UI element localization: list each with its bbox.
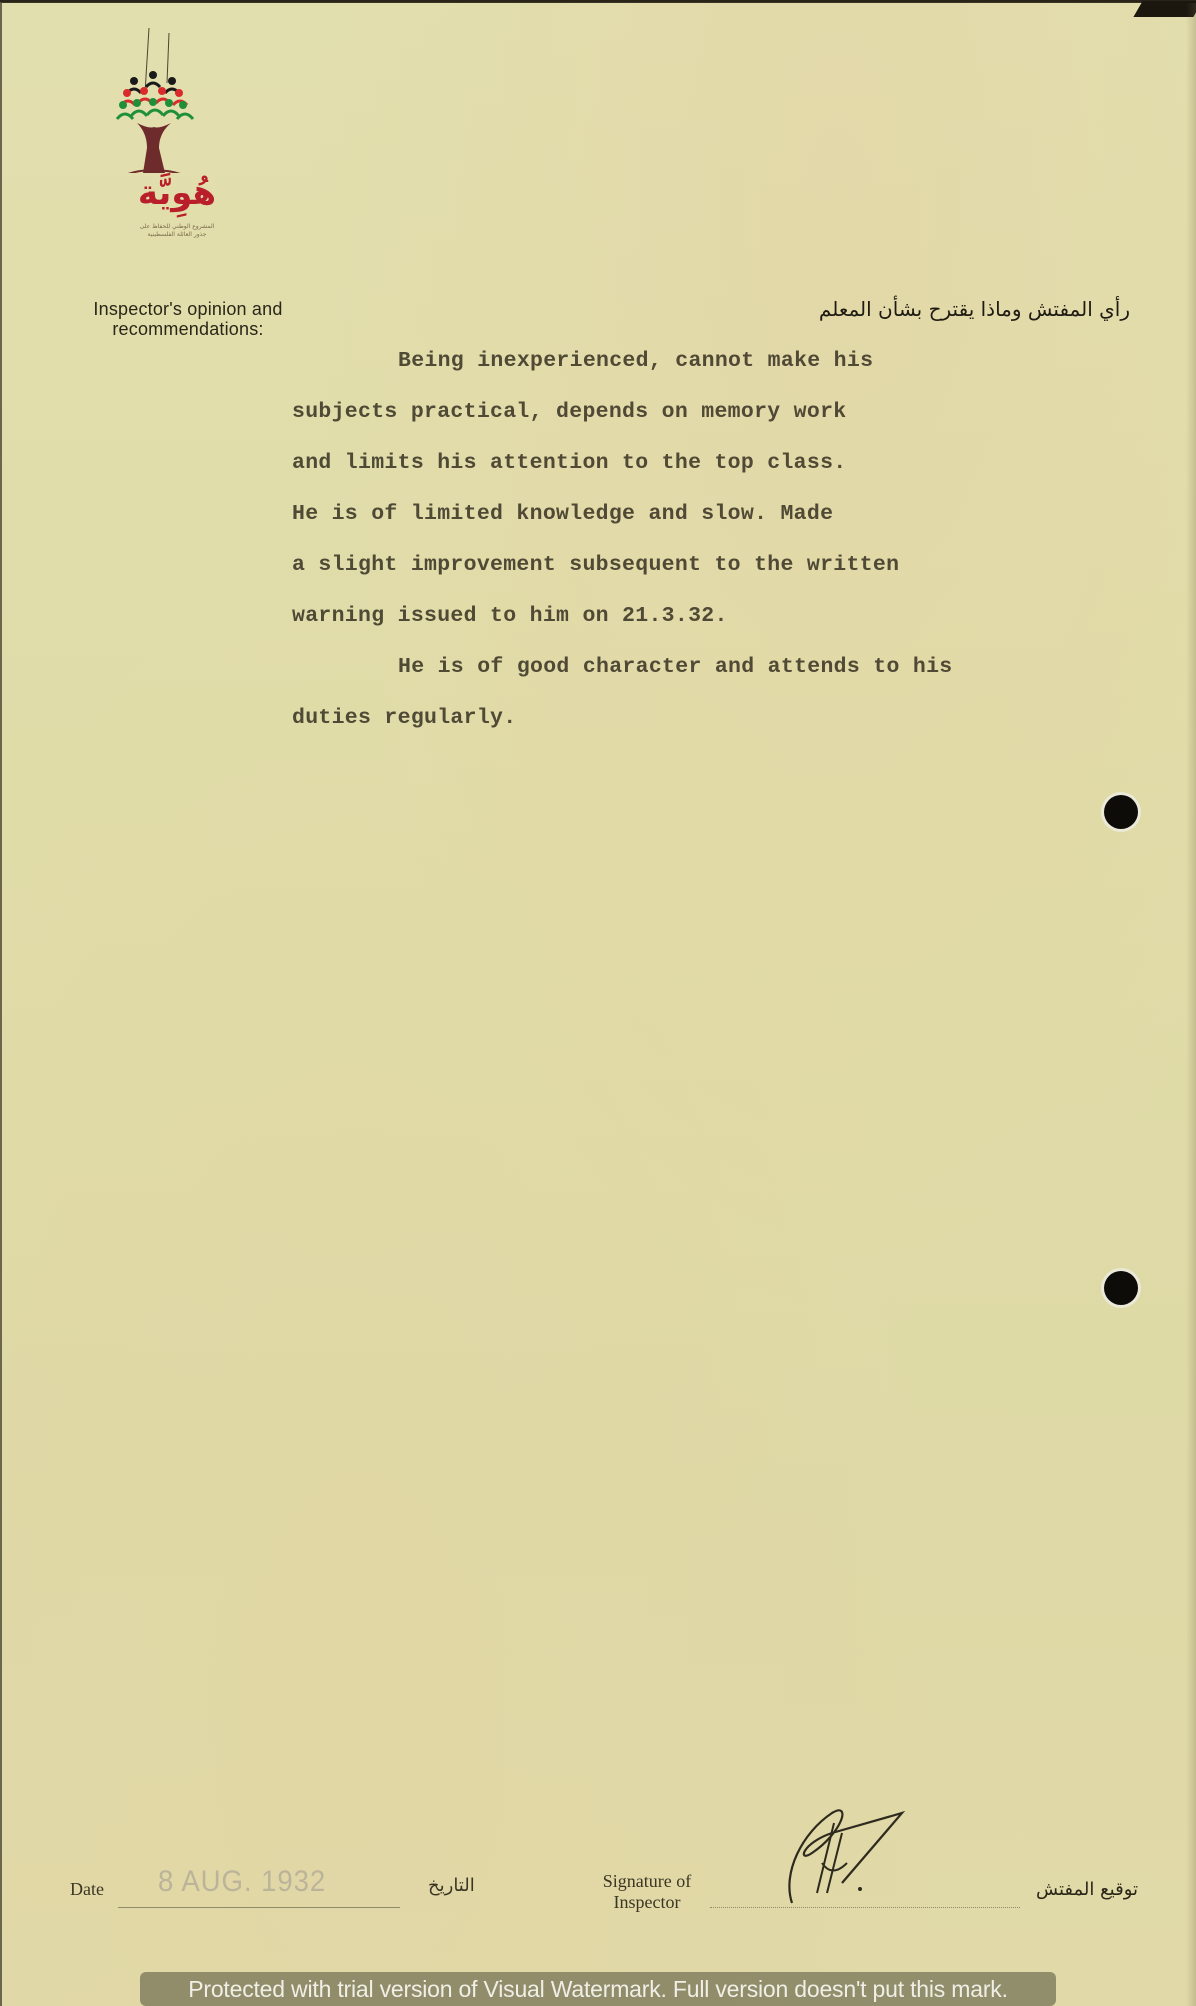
- handwritten-signature-icon: [772, 1793, 972, 1913]
- document-page: هُوِيَّة المشروع الوطني للحفاظ على جذور …: [0, 2, 1196, 2006]
- typed-line: duties regularly.: [292, 700, 1052, 751]
- punch-hole-upper: [1104, 795, 1138, 829]
- logo-caption-line: المشروع الوطني للحفاظ على: [102, 223, 252, 231]
- date-label-arabic: التاريخ: [428, 1875, 475, 1896]
- signature-label-arabic: توقيع المفتش: [1036, 1879, 1138, 1900]
- signature-label-line: Inspector: [582, 1892, 712, 1913]
- typed-report-body: Being inexperienced, cannot make his sub…: [292, 343, 1052, 751]
- organization-logo: هُوِيَّة المشروع الوطني للحفاظ على جذور …: [102, 23, 282, 243]
- punch-hole-lower: [1104, 1271, 1138, 1305]
- section-label-arabic: رأي المفتش وماذا يقترح بشأن المعلم: [819, 297, 1130, 321]
- logo-caption-line: جذور العائلة الفلسطينية: [102, 231, 252, 239]
- logo-caption: المشروع الوطني للحفاظ على جذور العائلة ا…: [102, 223, 252, 239]
- section-label-english: Inspector's opinion and recommendations:: [68, 299, 308, 339]
- typed-line: warning issued to him on 21.3.32.: [292, 598, 1052, 649]
- logo-wordmark: هُوِيَّة: [112, 173, 242, 213]
- section-label-line: Inspector's opinion and: [68, 299, 308, 319]
- signature-label-line: Signature of: [582, 1871, 712, 1892]
- date-stamp: 8 AUG. 1932: [158, 1865, 326, 1899]
- family-tree-logo-icon: [107, 23, 247, 173]
- folded-corner: [1133, 1, 1196, 17]
- date-label: Date: [70, 1879, 104, 1900]
- date-underline: [118, 1907, 400, 1908]
- trial-watermark-banner: Protected with trial version of Visual W…: [140, 1972, 1056, 2006]
- signature-label: Signature of Inspector: [582, 1871, 712, 1913]
- typed-line: a slight improvement subsequent to the w…: [292, 547, 1052, 598]
- section-label-line: recommendations:: [68, 319, 308, 339]
- typed-line: and limits his attention to the top clas…: [292, 445, 1052, 496]
- typed-line: Being inexperienced, cannot make his: [292, 343, 1052, 394]
- typed-line: subjects practical, depends on memory wo…: [292, 394, 1052, 445]
- typed-line: He is of limited knowledge and slow. Mad…: [292, 496, 1052, 547]
- typed-line: He is of good character and attends to h…: [292, 649, 1052, 700]
